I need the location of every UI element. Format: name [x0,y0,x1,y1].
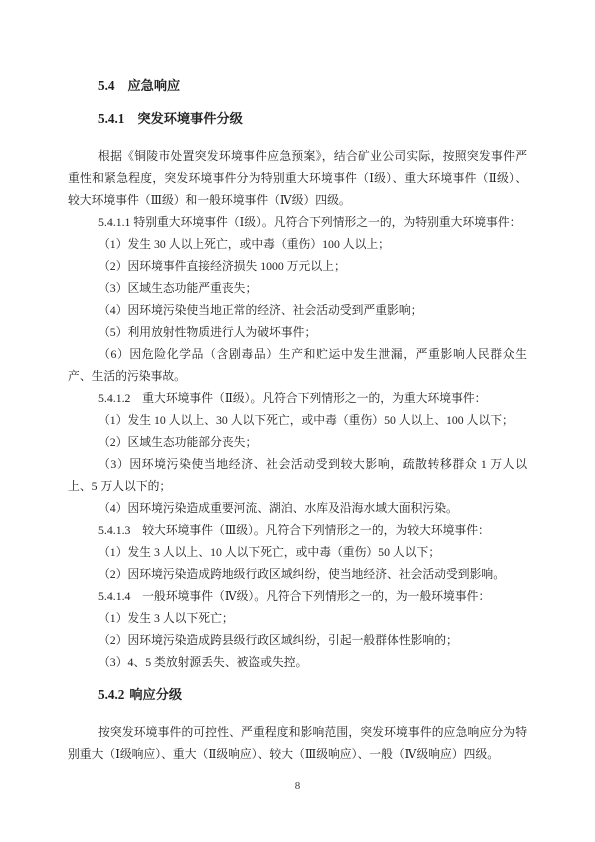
level2-criterion-2: （2）区域生态功能部分丧失； [68,431,527,453]
level1-heading: 5.4.1.1 特别重大环境事件（Ⅰ级）。凡符合下列情形之一的，为特别重大环境事… [68,211,527,233]
section-title-5-4-1: 突发环境事件分级 [137,111,243,126]
page-content: 5.4应急响应 5.4.1突发环境事件分级 根据《铜陵市处置突发环境事件应急预案… [0,0,595,765]
section-title-5-4-2: 响应分级 [129,687,182,702]
level3-criterion-2: （2）因环境污染造成跨地级行政区域纠纷，使当地经济、社会活动受到影响。 [68,563,527,585]
level1-criterion-6: （6）因危险化学品（含剧毒品）生产和贮运中发生泄漏，严重影响人民群众生产、生活的… [68,343,527,387]
intro-paragraph: 根据《铜陵市处置突发环境事件应急预案》，结合矿业公司实际，按照突发事件严重性和紧… [68,145,527,211]
level4-heading: 5.4.1.4 一般环境事件（Ⅳ级）。凡符合下列情形之一的，为一般环境事件： [68,585,527,607]
level4-criterion-1: （1）发生 3 人以下死亡； [68,607,527,629]
level2-criterion-4: （4）因环境污染造成重要河流、湖泊、水库及沿海水域大面积污染。 [68,497,527,519]
level1-criterion-1: （1）发生 30 人以上死亡，或中毒（重伤）100 人以上； [68,233,527,255]
section-heading-5-4: 5.4应急响应 [68,75,527,97]
section-number-5-4: 5.4 [98,78,114,93]
page-number: 8 [0,779,595,793]
level1-criterion-4: （4）因环境污染使当地正常的经济、社会活动受到严重影响； [68,299,527,321]
level3-heading: 5.4.1.3 较大环境事件（Ⅲ级）。凡符合下列情形之一的，为较大环境事件： [68,519,527,541]
level1-criterion-5: （5）利用放射性物质进行人为破坏事件； [68,321,527,343]
level4-criterion-3: （3）4、5 类放射源丢失、被盗或失控。 [68,651,527,673]
level2-heading: 5.4.1.2 重大环境事件（Ⅱ级）。凡符合下列情形之一的，为重大环境事件： [68,387,527,409]
level2-criterion-1: （1）发生 10 人以上、30 人以下死亡，或中毒（重伤）50 人以上、100 … [68,409,527,431]
section-number-5-4-1: 5.4.1 [98,111,124,126]
level2-criterion-3: （3）因环境污染使当地经济、社会活动受到较大影响，疏散转移群众 1 万人以上、5… [68,453,527,497]
response-paragraph: 按突发环境事件的可控性、严重程度和影响范围，突发环境事件的应急响应分为特别重大（… [68,721,527,765]
level1-criterion-2: （2）因环境事件直接经济损失 1000 万元以上； [68,255,527,277]
section-title-5-4: 应急响应 [127,78,180,93]
level1-criterion-3: （3）区域生态功能严重丧失； [68,277,527,299]
level3-criterion-1: （1）发生 3 人以上、10 人以下死亡，或中毒（重伤）50 人以下； [68,541,527,563]
level4-criterion-2: （2）因环境污染造成跨县级行政区域纠纷，引起一般群体性影响的； [68,629,527,651]
section-heading-5-4-2: 5.4.2响应分级 [68,684,527,706]
section-heading-5-4-1: 5.4.1突发环境事件分级 [68,108,527,130]
section-number-5-4-2: 5.4.2 [98,687,124,702]
document-page: 5.4应急响应 5.4.1突发环境事件分级 根据《铜陵市处置突发环境事件应急预案… [0,0,595,842]
